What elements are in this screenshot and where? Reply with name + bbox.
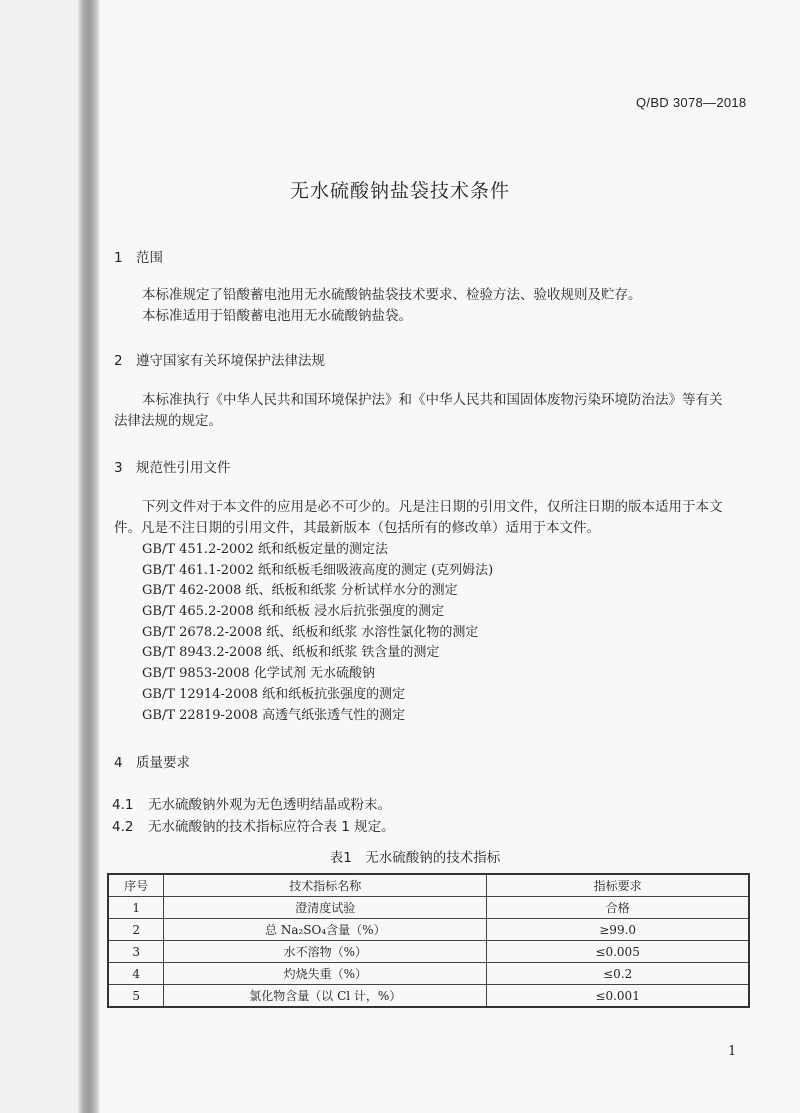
reference-item: GB/T 9853-2008 化学试剂 无水硫酸钠: [142, 664, 493, 685]
section-number: 1: [114, 250, 134, 266]
reference-item: GB/T 462-2008 纸、纸板和纸浆 分析试样水分的测定: [142, 581, 493, 602]
cell-serial-no: 2: [108, 919, 164, 941]
normative-references-list: GB/T 451.2-2002 纸和纸板定量的测定法 GB/T 461.1-20…: [142, 540, 493, 726]
table-row: 4 灼烧失重（%） ≤0.2: [108, 963, 749, 985]
cell-serial-no: 5: [108, 985, 164, 1008]
table-1-caption: 表1 无水硫酸钠的技术指标: [0, 846, 800, 866]
section-number: 4: [114, 755, 134, 771]
cell-serial-no: 3: [108, 941, 164, 963]
cell-indicator-name: 氯化物含量（以 Cl 计，%）: [164, 985, 487, 1008]
cell-requirement: ≤0.001: [487, 985, 749, 1008]
section-1-paragraph-2: 本标准适用于铅酸蓄电池用无水硫酸钠盐袋。: [142, 306, 412, 327]
page-fold-shadow: [78, 0, 100, 1113]
section-title: 遵守国家有关环境保护法律法规: [134, 353, 325, 369]
section-1-heading: 1范围: [114, 246, 163, 266]
header-requirement: 指标要求: [487, 874, 749, 897]
cell-serial-no: 1: [108, 897, 164, 919]
table-row: 2 总 Na₂SO₄含量（%） ≥99.0: [108, 919, 749, 941]
document-title: 无水硫酸钠盐袋技术条件: [0, 176, 800, 203]
reference-item: GB/T 22819-2008 高透气纸张透气性的测定: [142, 706, 493, 727]
section-4-heading: 4质量要求: [114, 751, 190, 771]
clause-text: 无水硫酸钠的技术指标应符合表 1 规定。: [142, 819, 395, 835]
reference-item: GB/T 12914-2008 纸和纸板抗张强度的测定: [142, 685, 493, 706]
adjacent-page-edge: [0, 0, 80, 1113]
reference-item: GB/T 461.1-2002 纸和纸板毛细吸液高度的测定 (克列姆法): [142, 561, 493, 582]
table-header-row: 序号 技术指标名称 指标要求: [108, 874, 749, 897]
section-3-paragraph-line-2: 件。凡是不注日期的引用文件，其最新版本（包括所有的修改单）适用于本文件。: [114, 518, 600, 539]
clause-number: 4.2: [112, 819, 142, 835]
section-3-paragraph-line-1: 下列文件对于本文件的应用是必不可少的。凡是注日期的引用文件，仅所注日期的版本适用…: [142, 497, 723, 518]
cell-requirement: ≤0.005: [487, 941, 749, 963]
cell-indicator-name: 总 Na₂SO₄含量（%）: [164, 919, 487, 941]
section-number: 2: [114, 353, 134, 369]
cell-indicator-name: 灼烧失重（%）: [164, 963, 487, 985]
section-title: 质量要求: [134, 755, 190, 771]
clause-number: 4.1: [112, 797, 142, 813]
cell-indicator-name: 澄清度试验: [164, 897, 487, 919]
page-number: 1: [728, 1044, 736, 1059]
header-serial-no: 序号: [108, 874, 164, 897]
reference-item: GB/T 8943.2-2008 纸、纸板和纸浆 铁含量的测定: [142, 643, 493, 664]
reference-item: GB/T 2678.2-2008 纸、纸板和纸浆 水溶性氯化物的测定: [142, 623, 493, 644]
clause-text: 无水硫酸钠外观为无色透明结晶或粉末。: [142, 797, 391, 813]
table-row: 3 水不溶物（%） ≤0.005: [108, 941, 749, 963]
clause-4-2: 4.2无水硫酸钠的技术指标应符合表 1 规定。: [112, 815, 395, 835]
section-number: 3: [114, 460, 134, 476]
cell-requirement: 合格: [487, 897, 749, 919]
cell-requirement: ≤0.2: [487, 963, 749, 985]
section-3-heading: 3规范性引用文件: [114, 456, 231, 476]
document-code: Q/BD 3078—2018: [636, 95, 746, 110]
section-2-paragraph-line-1: 本标准执行《中华人民共和国环境保护法》和《中华人民共和国固体废物污染环境防治法》…: [142, 390, 723, 411]
reference-item: GB/T 451.2-2002 纸和纸板定量的测定法: [142, 540, 493, 561]
clause-4-1: 4.1无水硫酸钠外观为无色透明结晶或粉末。: [112, 793, 391, 813]
cell-requirement: ≥99.0: [487, 919, 749, 941]
section-title: 规范性引用文件: [134, 460, 231, 476]
section-2-paragraph-line-2: 法律法规的规定。: [114, 411, 222, 432]
cell-serial-no: 4: [108, 963, 164, 985]
table-row: 5 氯化物含量（以 Cl 计，%） ≤0.001: [108, 985, 749, 1008]
section-2-heading: 2遵守国家有关环境保护法律法规: [114, 349, 325, 369]
reference-item: GB/T 465.2-2008 纸和纸板 浸水后抗张强度的测定: [142, 602, 493, 623]
table-row: 1 澄清度试验 合格: [108, 897, 749, 919]
technical-indicators-table: 序号 技术指标名称 指标要求 1 澄清度试验 合格 2 总 Na₂SO₄含量（%…: [107, 873, 750, 1008]
cell-indicator-name: 水不溶物（%）: [164, 941, 487, 963]
section-title: 范围: [134, 250, 163, 266]
header-indicator-name: 技术指标名称: [164, 874, 487, 897]
section-1-paragraph-1: 本标准规定了铅酸蓄电池用无水硫酸钠盐袋技术要求、检验方法、验收规则及贮存。: [142, 285, 642, 306]
